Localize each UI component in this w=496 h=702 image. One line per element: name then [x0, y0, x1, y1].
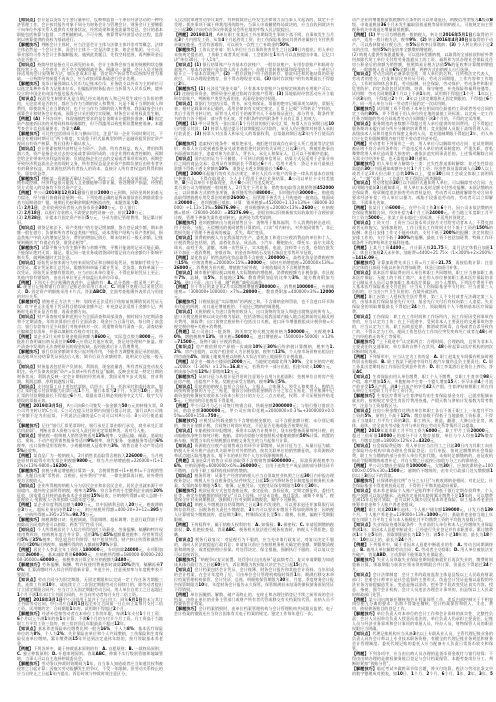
paragraph: 【知识点】基本养老保险单位缴费比例一般为16%，个人为8%；基本医疗保险单位约为…: [17, 627, 163, 647]
paragraph: 【解题技巧】会计档案销毁时，由单位档案管理机构与会计管理机构共同派员监销；电子会…: [174, 607, 334, 617]
paragraph: 【知识点】财产清查按对象和范围分为全面清查和局部清查，按时间分为定期清查和不定期…: [17, 315, 163, 335]
paragraph: 某百货公司为增值税一般纳税人，2月发生下列业务：销售家电取得含税销售额45200…: [174, 186, 334, 221]
paragraph: 【知识点】企业所得税的纳税人分为居民企业和非居民企业。居民企业就来源于中国境内、…: [17, 484, 163, 504]
paragraph: 【例题】职工刘某2019年退休，个人账户储存额139000元，计发月数139个月…: [352, 508, 493, 523]
paragraph: 【知识点】会计档案包括会计凭证、会计账簿、财务会计报告和其他会计资料。当年形成的…: [174, 568, 334, 593]
paragraph: 【例题】下列各项中，属于仲裁基本原则的有：A. 自愿原则；B. 一裁终局原则；C…: [17, 647, 163, 662]
paragraph: 【例题】2019年某市职工月平均工资为6000元，职工甲月工资20000元，超过…: [352, 429, 493, 444]
paragraph: 【知识点】生育保险由用人单位缴费，职工个人不缴费。女职工生育享受98天产假，难产…: [352, 375, 493, 395]
paragraph: 【知识点】基本养老保险个人账户记账利率不得低于银行定期存款利率，个人账户余额可以…: [352, 489, 493, 509]
paragraph: 【例题】(1) 甲公司为增值税一般纳税人，转让其2016年5月1日后取得的不动产…: [352, 33, 493, 53]
paragraph: 【解题技巧】劳动争议仲裁时效期间为1年，自当事人知道或者应当知道其权利被侵害之日…: [17, 662, 163, 676]
paragraph: 【知识点】个人所得税居民个人综合所得包括工资薪金、劳务报酬、稿酬和特许权使用费四…: [17, 528, 163, 548]
paragraph: 【例题】甲公司欠缴社会保险费100000元，欠缴30日，应加收滞纳金=10000…: [352, 464, 493, 479]
paragraph: 【知识点】车船税按年申报缴纳，乘用车以辆为计税单位，货车按整备质量每吨计税，机动…: [174, 429, 334, 444]
paragraph: 【知识点】劳动合同的必备条款包括：用人单位的名称、住所和法定代表人，劳动者的姓名…: [352, 72, 493, 107]
paragraph: 【知识点】工伤保险：职工在工作时间和工作场所内，因工作原因受到事故伤害的，应当认…: [352, 315, 493, 340]
paragraph: (2) 纳税人提供劳务派遣服务，可以选择差额纳税，以取得的全部价款和价外费用扣除…: [352, 53, 493, 73]
paragraph: 【解题技巧】临近考试多做跨章节综合题，将支付结算、税法与劳动法条文中的数字整理成…: [352, 667, 493, 676]
paragraph: 【解题技巧】经济补偿按劳动者在本单位工作的年限，每满1年支付1个月工资；6个月以…: [17, 612, 163, 627]
paragraph: 【知识点】基本医疗保险费由用人单位和职工共同缴纳。职工应当参加职工基本医疗保险；…: [352, 271, 493, 296]
paragraph: 【例题】下列关于会计账簿的表述中，正确的有：A. 总分类账一般采用三栏式；B. …: [17, 281, 163, 301]
paragraph: 【例题】某油田2月销售自采原油取得不含税销售额6000000元，原油资源税税率为…: [174, 459, 334, 474]
paragraph: 【知识点】纳税人多缴税款自结算缴纳之日起3年内发现的，可以要求退还并加算银行同期…: [174, 503, 334, 523]
paragraph: 【知识点】代理记账机构应当具备3名以上专职从业人员，主管代理记账业务的负责人具有…: [352, 632, 493, 652]
paragraph: 【知识点】(1) 银行结算账户分为基本存款账户、一般存款账户、专用存款账户和临时…: [174, 63, 334, 88]
paragraph: 【知识点】资源税在应税产品销售或自用环节计算缴纳，从价计征为主、从量计征为辅；纳…: [174, 444, 334, 459]
paragraph: 【知识点】借贷记账法下，资产类账户借方登记增加额，贷方登记减少额，期末余额一般在…: [17, 226, 163, 246]
paragraph: 【知识点】持续经营是指在可以预见的未来，会计主体将会按当前的规模和状态继续经营下…: [17, 63, 163, 83]
paragraph: 【知识点】房产税依照房产原值一次减除10%至30%后的余值计算缴纳，税率为1.2…: [174, 345, 334, 360]
paragraph: 【例题】下列情形中，属于非因本人意愿中断就业的有：A. 劳动合同期满终止；B. …: [352, 543, 493, 558]
paragraph: 【例题】(A) 下列各项中，体现谨慎性要求的是存货期末计提跌价准备；(B) 固定…: [17, 117, 163, 132]
paragraph: 【知识点】工资支付：工资应当以货币形式按月支付给劳动者本人，不得克扣或者无故拖欠…: [352, 221, 493, 246]
paragraph: 【解题技巧】可比性包括纵向可比与横向可比，注意“同一企业不同时期可比、不同企业相…: [17, 132, 163, 147]
paragraph: 【知识点】住房公积金缴存比例由单位和职工各自不低于职工上一年度月平均工资的5%，…: [352, 409, 493, 429]
text-column-3: 动产企业的增值税留抵税额符合条件的可以申请退还，纳税信用等级为A级或B级、申请退…: [352, 18, 493, 676]
paragraph: 【知识点】关税纳税人为进口货物的收货人、出口货物的发货人和进出境物品的所有人。进…: [174, 310, 334, 330]
paragraph: 【例题】下列各项中，应当由出纳人员办理的是货币资金收付与银行结算；不得由出纳办理…: [352, 652, 493, 667]
paragraph: 【解题技巧】劳务报酬、稿酬、特许权使用费预扣时减除20%费用，稿酬再乘70%；汇…: [17, 563, 163, 578]
paragraph: 【例题】劳动者有下列情形之一的，用人单位可以解除劳动合同：在试用期间被证明不符合…: [352, 142, 493, 162]
paragraph: 【解题技巧】判断会计主体时，应当注意会计主体与法律主体并非对等概念，法律主体必然…: [17, 43, 163, 63]
paragraph: 【例题】甲公司2月与乙公司签订购销合同，所载金额2000000元；与银行签订借款…: [174, 404, 334, 419]
paragraph: 【知识点】社会保险费征缴：用人单位应当自用工之日起30日内为其职工向社会保险经办…: [352, 444, 493, 464]
paragraph: 【知识点】会计是以货币为主要计量单位，反映和监督一个单位经济活动的一种经济管理工…: [17, 18, 163, 43]
paragraph: 【例题】某企业2月末库存现金账面余额为8600元，实际盘点数为8000元，经批准…: [17, 335, 163, 350]
paragraph: 【解题技巧】“上下班途中”认定抓两点：合理时间、合理路线，且须为非本人主要责任的…: [352, 340, 493, 355]
paragraph: 【解题技巧】进项税额转出与视同销售区分：货物用于集体福利、个人消费的转出进项；用…: [174, 221, 334, 236]
paragraph: 【知识点】支付结算工具主要包括票据、信用卡、汇兑、托收承付和委托收款。银行汇票的…: [17, 385, 163, 405]
paragraph: 【知识点】印花税的纳税人包括立合同人、立据人、立账簿人、领受人和使用人。购销合同…: [174, 385, 334, 405]
paragraph: 【知识点】劳动者提前30日以书面形式通知用人单位，可以解除劳动合同；在试用期内提…: [352, 181, 493, 206]
paragraph: 【知识点】税务行政复议：对征税行为不服的，应当先申请行政复议，对复议决定不服的，…: [174, 538, 334, 558]
text-column-2: 人民法院审理劳动争议案件，对仲裁裁决已经发生法律效力而当事人又起诉的，裁定不予受…: [174, 18, 334, 676]
paragraph: 【知识点】增值税一般纳税人销售货物适用13%税率，交通运输、邮政、基础电信、建筑…: [17, 434, 163, 454]
paragraph: 【解题技巧】银行存款余额调节表只起对账作用，不能作为调整账面记录的依据，未达账项…: [17, 350, 163, 365]
paragraph: 【解题技巧】试算平衡分为发生额平衡与余额平衡，平衡只能说明记录可能正确，不能保证…: [17, 246, 163, 261]
paragraph: 【例题】2019年3月5日，A公司向B公司签发一张金额为50万元的转账支票，B公…: [17, 404, 163, 424]
cheat-sheet-page: 【知识点】会计是以货币为主要计量单位，反映和监督一个单位经济活动的一种经济管理工…: [0, 0, 496, 702]
paragraph: 【解题技巧】用人单位单方解除分三类：过失性辞退即时解除；非过失性辞退需提前30日…: [352, 162, 493, 182]
paragraph: 【例题】下列权利中，属于纳税人权利的有：A. 知情权；B. 保密权；C. 申请延…: [174, 523, 334, 538]
paragraph: 【知识点】票据行为包括出票、背书、承兑和保证。票据的绝对记载事项欠缺的，票据无效…: [174, 102, 334, 122]
paragraph: 【知识点】国内信用证为不可撤销、不可转让的跟单信用证，结算方式仅适用于企事业单位…: [174, 157, 334, 172]
paragraph: 【解题技巧】价税分离是增值税计算第一步，含税销售额÷(1+税率)=不含税销售额；…: [17, 469, 163, 484]
paragraph: 【例题】王某月工资4400元，月计薪天数21.75天，某月法定休假日加班1天、休…: [352, 246, 493, 261]
paragraph: 【例题】甲公司2019年12月31日银行借款2000万元到期，因资金周转困难无力…: [17, 191, 163, 206]
paragraph: 动产企业的增值税留抵税额符合条件的可以申请退还，纳税信用等级为A级或B级、申请退…: [352, 18, 493, 33]
paragraph: 【例题】(1) 甲公司签发一张出票后1个月付款的银行承兑汇票，持票人应自到期日起…: [174, 122, 334, 142]
paragraph: 【知识点】权责发生制要求凡是当期已经实现的收入和已经发生或应当负担的费用，无论款…: [17, 97, 163, 117]
paragraph: 【知识点】财务报表包括资产负债表、利润表、现金流量表、所有者权益变动表及附注。资…: [17, 365, 163, 385]
paragraph: 人民法院审理劳动争议案件，对仲裁裁决已经发生法律效力而当事人又起诉的，裁定不予受…: [174, 18, 334, 33]
paragraph: 【知识点】原始凭证按来源分为外来原始凭证和自制原始凭证，按填制手续分为一次凭证、…: [17, 261, 163, 281]
paragraph: 【解题技巧】工伤认定申请：用人单位应当自事故伤害发生之日起30日内提出；用人单位…: [174, 48, 334, 63]
paragraph: 【知识点】税务管理：从事生产经营的纳税人应当自领取营业执照之日起30日内申报办理…: [174, 474, 334, 489]
paragraph: 【解题技巧】试用期工资不得低于本单位相同岗位最低档工资或者劳动合同约定工资的80…: [352, 107, 493, 122]
paragraph: 【解题技巧】单位负责人对本单位的会计工作和会计资料的真实性、完整性负责；会计人员…: [352, 612, 493, 632]
paragraph: 【例题】2019年1月，A单位职工张某因工外出期间发生事故下落不明，自事故发生当…: [174, 33, 334, 48]
column-layout: 【知识点】会计是以货币为主要计量单位，反映和监督一个单位经济活动的一种经济管理工…: [17, 18, 493, 676]
paragraph: 【例题】下列情形中，应当认定为工伤的是：A. 职工赵某在车间操作机床时被铁屑击伤…: [352, 355, 493, 375]
paragraph: 【例题】张某月工资6000元，在甲公司工作3年6个月，因公司未依法缴纳社会保险费…: [352, 206, 493, 221]
paragraph: 【解题技巧】错账更正方法共三种：划线更正法适用于结账前账簿错误而凭证无误；红字更…: [17, 300, 163, 315]
paragraph: 【解题技巧】失业人员领取失业保险金期间重新就业后再次失业的，缴费时间重新计算，领…: [352, 558, 493, 573]
paragraph: 【知识点】会计法律制度：会计工作的政府监督主体是县级以上人民政府财政部门；注册会…: [352, 573, 493, 598]
text-column-1: 【知识点】会计是以货币为主要计量单位，反映和监督一个单位经济活动的一种经济管理工…: [17, 18, 163, 676]
paragraph: 【解题技巧】(1) 凡涉及“现金支取”，只有基本存款账户与按规定核准的专用账户可…: [174, 87, 334, 102]
paragraph: 【解题技巧】追索权行使条件：被拒绝承兑、被拒绝付款或存在承兑人死亡逃匿等法定情形…: [174, 142, 334, 157]
paragraph: 【例题】某公司进口一批货物，海关审定的关税完税价格为500000元，关税税率10…: [174, 330, 334, 345]
paragraph: 【知识点】劳动合同分为固定期限、无固定期限和以完成一定工作任务为期限三类。连续工…: [17, 578, 163, 598]
paragraph: 【知识点】消费税纳税人为在我国境内生产、委托加工和进口应税消费品的单位和个人。应…: [174, 236, 334, 256]
paragraph: 【知识点】服务期违约金数额不得超过用人单位提供的培训费用，且不得超过服务期尚未履…: [352, 122, 493, 142]
paragraph: 【例题】某化妆品厂销售高档化妆品取得不含税收入200000元，高档化妆品消费税税…: [174, 256, 334, 271]
paragraph: 【例题】职工因第三人侵权发生医疗费用，第三人不支付或者无法确定第三人的，由基本医…: [352, 295, 493, 315]
paragraph: 【例题】某企业一幢办公楼原值2000万元，当地规定减除比例为30%，全年应纳房产…: [174, 360, 334, 375]
paragraph: 【例题】某食品厂为一般纳税人，2月销售食品取得含税收入226000元，当月购进原…: [17, 454, 163, 469]
paragraph: 【知识点】失业保险待遇领取条件：失业前用人单位和本人已经缴纳失业保险费满1年；非…: [352, 523, 493, 543]
paragraph: 【例题】居民个人李某全年工资收入180000元，专项扣除24000元，专项附加扣…: [17, 548, 163, 563]
paragraph: 【知识点】会计要素按照经济特征分为资产、负债、所有者权益、收入、费用和利润六类。…: [17, 147, 163, 177]
